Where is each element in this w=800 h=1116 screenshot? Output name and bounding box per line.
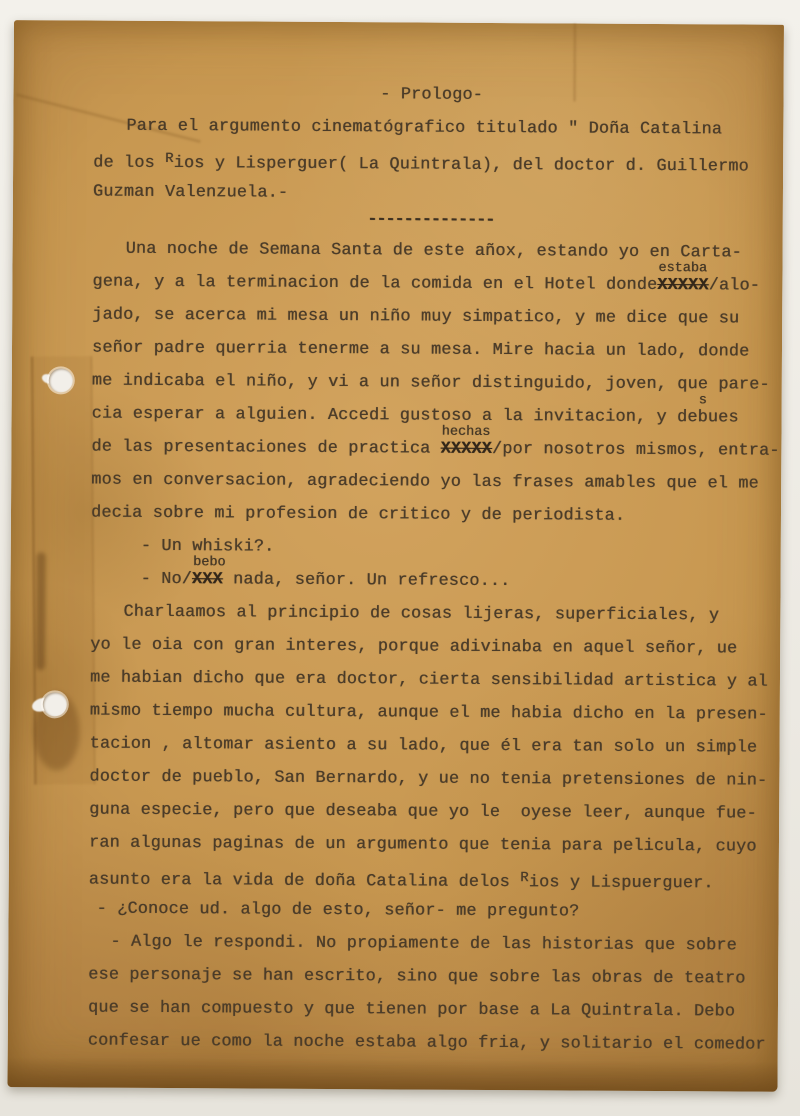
text-line: cia esperar a alguien. Accedi gustoso a … (91, 398, 767, 435)
text-line: me habian dicho que era doctor, cierta s… (90, 662, 766, 699)
dark-streak-stain (36, 552, 46, 670)
text-line: jado, se acerca mi mesa un niño muy simp… (92, 299, 768, 336)
typed-text: ran algunas paginas de un argumento que … (89, 834, 757, 857)
text-line: de los Rios y Lisperguer( La Quintrala),… (93, 143, 769, 180)
typed-correction-above: hechas (442, 426, 491, 440)
document-text: - Prologo-Para el argumento cinematógraf… (88, 77, 770, 1062)
typed-text: ios y Lispuerguer. (529, 873, 714, 893)
typed-text: - Prologo- (380, 85, 483, 105)
text-line: me indicaba el niño, y vi a un señor dis… (92, 365, 768, 402)
document-page: - Prologo-Para el argumento cinematógraf… (7, 20, 784, 1092)
text-line: de las presentaciones de practica XXXXXh… (91, 431, 767, 468)
struck-out-text: XXXXXhechas (441, 440, 492, 459)
punch-hole-top (49, 368, 73, 392)
text-line: - Algo le respondi. No propiamente de la… (88, 926, 764, 963)
typed-text: - Algo le respondi. No propiamente de la… (110, 933, 737, 956)
text-line: Charlaamos al principio de cosas lijeras… (90, 596, 766, 633)
typed-text: gena, y a la terminacion de la comida en… (92, 273, 657, 295)
typed-text: /alo- (709, 276, 760, 295)
typed-text: yo le oia con gran interes, porque adivi… (90, 636, 737, 659)
text-line: Guzman Valenzuela.- (93, 176, 769, 213)
photo-background: - Prologo-Para el argumento cinematógraf… (0, 0, 800, 1116)
typed-text: buess (697, 408, 738, 427)
typed-correction-above: estaba (658, 262, 707, 276)
typed-text: Charlaamos al principio de cosas lijeras… (123, 603, 719, 626)
typed-text: /por nosotros mismos, entra- (492, 440, 780, 461)
typed-text: decia sobre mi profesion de critico y de… (91, 504, 625, 526)
typed-text: que se han compuesto y que tienen por ba… (88, 999, 735, 1022)
typed-correction-above: bebo (193, 556, 225, 570)
typed-text: confesar ue como la noche estaba algo fr… (88, 1032, 766, 1055)
typed-text: mos en conversacion, agradeciendo yo las… (91, 471, 759, 494)
text-line: ran algunas paginas de un argumento que … (89, 827, 765, 864)
typed-text: cia esperar a alguien. Accedi gustoso a … (92, 405, 698, 428)
text-line: guna especie, pero que deseaba que yo le… (89, 794, 765, 831)
typed-text: tacion , altomar asiento a su lado, que … (90, 735, 758, 758)
typed-text: guna especie, pero que deseaba que yo le… (89, 801, 757, 824)
text-line: que se han compuesto y que tienen por ba… (88, 992, 764, 1029)
text-line: decia sobre mi profesion de critico y de… (91, 497, 767, 534)
text-line: tacion , altomar asiento a su lado, que … (89, 728, 765, 765)
struck-out-text: XXXbebo (192, 570, 223, 589)
punch-hole-bottom (43, 692, 67, 716)
text-line: - ¿Conoce ud. algo de esto, señor- me pr… (88, 893, 764, 930)
typed-text: me indicaba el niño, y vi a un señor dis… (92, 372, 770, 395)
typed-text: ios y Lisperguer( La Quintrala), del doc… (174, 154, 749, 177)
text-line: Para el argumento cinematógrafico titula… (93, 110, 769, 147)
tape-stain (31, 356, 95, 784)
typed-text: doctor de pueblo, San Bernardo, y ue no … (89, 768, 767, 791)
typed-text: jado, se acerca mi mesa un niño muy simp… (92, 306, 739, 329)
typed-text: Una noche de Semana Santa de este añox, … (126, 240, 742, 263)
typed-text: ese personaje se han escrito, sino que s… (88, 966, 745, 989)
text-line: asunto era la vida de doña Catalina delo… (89, 860, 765, 897)
typed-text: asunto era la vida de doña Catalina delo… (89, 871, 520, 893)
document-title: - Prologo- (93, 77, 769, 114)
typed-text: - ¿Conoce ud. algo de esto, señor- me pr… (97, 900, 580, 922)
bottom-fold-shadow (7, 1057, 777, 1092)
typed-text: Para el argumento cinematógrafico titula… (126, 117, 722, 140)
text-line: mos en conversacion, agradeciendo yo las… (91, 464, 767, 501)
text-lines: - Prologo-Para el argumento cinematógraf… (88, 77, 770, 1062)
typed-text: Guzman Valenzuela.- (93, 183, 288, 203)
text-line: mismo tiempo mucha cultura, aunque el me… (90, 695, 766, 732)
text-line: señor padre querria tenerme a su mesa. M… (92, 332, 768, 369)
text-line: yo le oia con gran interes, porque adivi… (90, 629, 766, 666)
typed-text: señor padre querria tenerme a su mesa. M… (92, 339, 749, 362)
typed-text: -------------- (367, 210, 494, 230)
typed-text: de las presentaciones de practica (91, 438, 440, 459)
struck-out-text: XXXXXestaba (657, 276, 708, 295)
typed-correction-above: s (699, 394, 707, 408)
superscript-letter: R (520, 870, 529, 886)
text-line: ese personaje se han escrito, sino que s… (88, 959, 764, 996)
typed-text: de los (93, 154, 165, 173)
typed-text: me habian dicho que era doctor, cierta s… (90, 669, 768, 692)
typed-text: nada, señor. Un refresco... (223, 570, 511, 591)
typed-text: - Un whiski?. (141, 537, 275, 557)
text-line: gena, y a la terminacion de la comida en… (92, 266, 768, 303)
typed-text: - No/ (141, 570, 192, 589)
text-line: - No/XXXbebo nada, señor. Un refresco... (90, 563, 766, 600)
text-line: doctor de pueblo, San Bernardo, y ue no … (89, 761, 765, 798)
superscript-letter: R (165, 151, 174, 167)
typed-text: mismo tiempo mucha cultura, aunque el me… (90, 702, 768, 725)
text-line: confesar ue como la noche estaba algo fr… (88, 1025, 764, 1062)
